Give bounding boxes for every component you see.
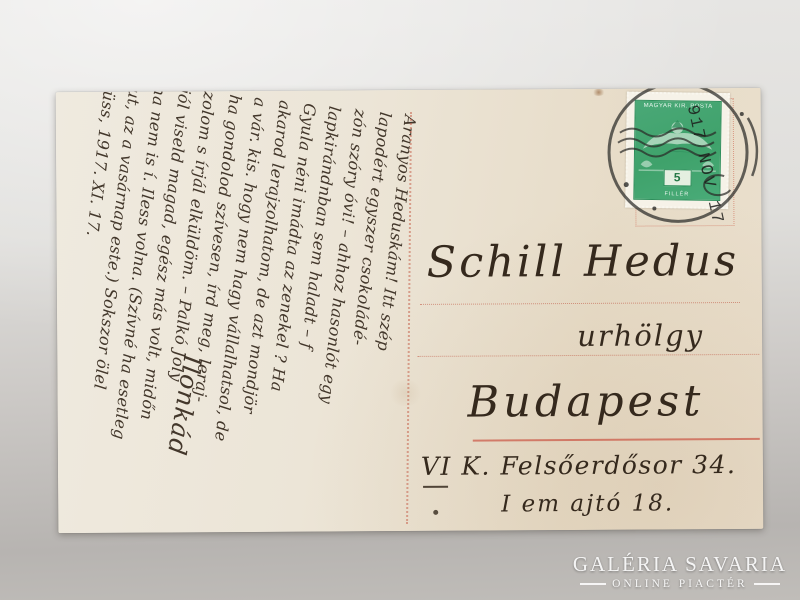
photo-background: Aranyos Heduskám! Itt szép lapodért egys… (0, 0, 800, 600)
district-underline (423, 486, 448, 488)
watermark-dash (580, 583, 606, 585)
ink-blot (433, 510, 438, 515)
aging-stain (592, 89, 606, 96)
address-street: VI K. Felsőerdősor 34. (421, 450, 737, 481)
postcard: Aranyos Heduskám! Itt szép lapodért egys… (56, 88, 764, 533)
address-rule-dotted (420, 302, 740, 305)
address-rule-dotted (417, 354, 759, 357)
watermark-title: GALÉRIA SAVARIA (573, 552, 787, 577)
watermark: GALÉRIA SAVARIA ONLINE PIACTÉR (573, 552, 787, 590)
address-city: Budapest (467, 376, 704, 427)
message-text: Aranyos Heduskám! Itt szép lapodért egys… (56, 88, 423, 533)
recipient-honorific: urhölgy (577, 318, 704, 353)
aging-stain (387, 380, 423, 406)
recipient-name: Schill Hedus (427, 236, 740, 288)
address-block: Schill Hedus urhölgy Budapest VI K. Fels… (411, 208, 763, 531)
postmark-circle (609, 88, 748, 222)
address-rule-red (473, 438, 760, 442)
watermark-dash (754, 583, 780, 585)
address-floor-door: I em ajtó 18. (501, 490, 674, 517)
watermark-subtitle: ONLINE PIACTÉR (612, 578, 748, 590)
